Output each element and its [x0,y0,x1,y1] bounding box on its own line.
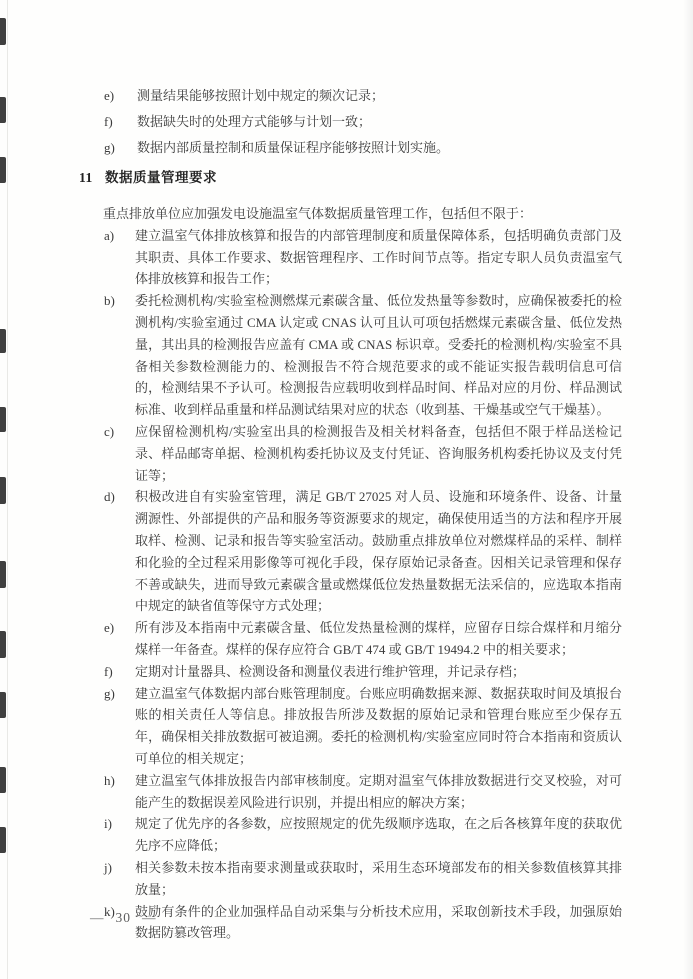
list-item-label: g) [104,683,135,770]
list-item-text: 测量结果能够按照计划中规定的频次记录； [137,83,624,109]
requirements-list: a) 建立温室气体排放核算和报告的内部管理制度和质量保障体系，包括明确负责部门及… [104,225,693,944]
list-item-text: 所有涉及本指南中元素碳含量、低位发热量检测的煤样，应留存日综合煤样和月缩分煤样一… [135,617,622,661]
footer-dash-right: — [142,910,157,926]
list-item-label: e) [104,83,137,109]
list-item-label: j) [104,857,135,901]
list-item-text: 建立温室气体排放核算和报告的内部管理制度和质量保障体系，包括明确负责部门及其职责… [135,225,622,290]
list-item-label: c) [104,421,135,486]
list-item-text: 规定了优先序的各参数，应按照规定的优先级顺序选取，在之后各核算年度的获取优先序不… [135,813,622,857]
continued-sub-list: e) 测量结果能够按照计划中规定的频次记录； f) 数据缺失时的处理方式能够与计… [104,83,693,161]
list-item-label: d) [104,486,135,617]
list-item-label: f) [104,661,135,683]
list-item: e) 所有涉及本指南中元素碳含量、低位发热量检测的煤样，应留存日综合煤样和月缩分… [104,617,693,661]
intro-paragraph: 重点排放单位应加强发电设施温室气体数据质量管理工作，包括但不限于： [103,203,623,225]
list-item-label: g) [104,135,137,161]
document-page: e) 测量结果能够按照计划中规定的频次记录； f) 数据缺失时的处理方式能够与计… [0,0,693,979]
list-item-label: h) [104,770,135,814]
section-number: 11 [79,168,105,188]
footer-dash-left: — [90,910,105,926]
list-item: e) 测量结果能够按照计划中规定的频次记录； [104,83,693,109]
list-item-text: 定期对计量器具、检测设备和测量仪表进行维护管理，并记录存档； [135,661,622,683]
list-item-label: a) [104,225,135,290]
page-number: 30 [116,910,132,926]
list-item: g) 数据内部质量控制和质量保证程序能够按照计划实施。 [104,135,693,161]
list-item-text: 应保留检测机构/实验室出具的检测报告及相关材料备查，包括但不限于样品送检记录、样… [135,421,622,486]
list-item-label: f) [104,109,137,135]
list-item-text: 数据内部质量控制和质量保证程序能够按照计划实施。 [137,135,624,161]
list-item: f) 数据缺失时的处理方式能够与计划一致； [104,109,693,135]
list-item-text: 委托检测机构/实验室检测燃煤元素碳含量、低位发热量等参数时，应确保被委托的检测机… [135,290,622,421]
list-item-label: b) [104,290,135,421]
list-item-text: 鼓励有条件的企业加强样品自动采集与分析技术应用，采取创新技术手段，加强原始数据防… [135,901,622,945]
list-item: c) 应保留检测机构/实验室出具的检测报告及相关材料备查，包括但不限于样品送检记… [104,421,693,486]
list-item: k) 鼓励有条件的企业加强样品自动采集与分析技术应用，采取创新技术手段，加强原始… [104,901,693,945]
list-item-text: 建立温室气体排放报告内部审核制度。定期对温室气体排放数据进行交叉校验，对可能产生… [135,770,622,814]
list-item-text: 积极改进自有实验室管理，满足 GB/T 27025 对人员、设施和环境条件、设备… [135,486,622,617]
list-item-label: i) [104,813,135,857]
list-item-text: 相关参数未按本指南要求测量或获取时，采用生态环境部发布的相关参数值核算其排放量； [135,857,622,901]
scan-edge-mark [0,18,6,45]
list-item-label: e) [104,617,135,661]
list-item: a) 建立温室气体排放核算和报告的内部管理制度和质量保障体系，包括明确负责部门及… [104,225,693,290]
page-footer: — 30 — [90,910,157,926]
list-item: j) 相关参数未按本指南要求测量或获取时，采用生态环境部发布的相关参数值核算其排… [104,857,693,901]
section-title: 数据质量管理要求 [105,168,217,188]
list-item: h) 建立温室气体排放报告内部审核制度。定期对温室气体排放数据进行交叉校验，对可… [104,770,693,814]
section-heading: 11 数据质量管理要求 [79,168,693,188]
list-item: f) 定期对计量器具、检测设备和测量仪表进行维护管理，并记录存档； [104,661,693,683]
page-content: e) 测量结果能够按照计划中规定的频次记录； f) 数据缺失时的处理方式能够与计… [0,83,693,944]
list-item-text: 建立温室气体数据内部台账管理制度。台账应明确数据来源、数据获取时间及填报台账的相… [135,683,622,770]
list-item-text: 数据缺失时的处理方式能够与计划一致； [137,109,624,135]
list-item: b) 委托检测机构/实验室检测燃煤元素碳含量、低位发热量等参数时，应确保被委托的… [104,290,693,421]
list-item: i) 规定了优先序的各参数，应按照规定的优先级顺序选取，在之后各核算年度的获取优… [104,813,693,857]
list-item: d) 积极改进自有实验室管理，满足 GB/T 27025 对人员、设施和环境条件… [104,486,693,617]
list-item: g) 建立温室气体数据内部台账管理制度。台账应明确数据来源、数据获取时间及填报台… [104,683,693,770]
